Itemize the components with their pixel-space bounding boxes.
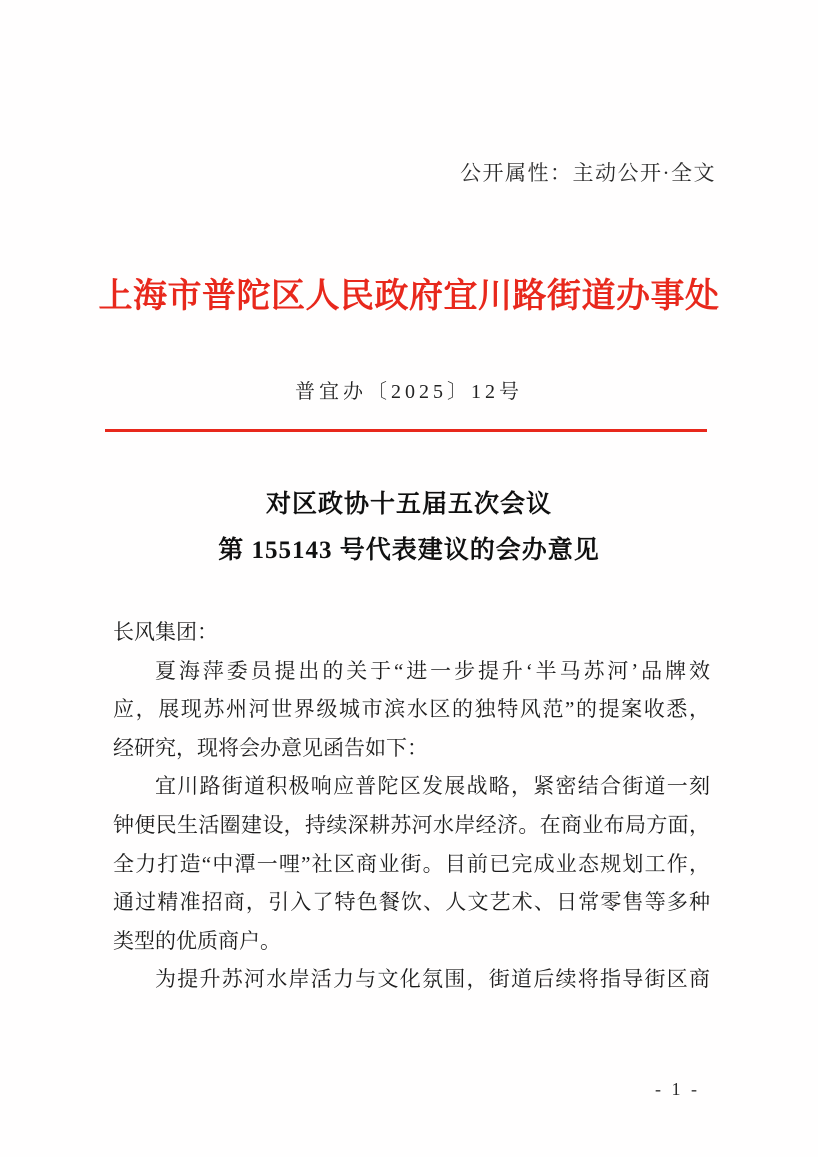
- red-divider-line: [105, 429, 707, 432]
- body-line: 通过精准招商，引入了特色餐饮、人文艺术、日常零售等多种: [113, 883, 710, 922]
- body-line: 类型的优质商户。: [113, 922, 710, 961]
- body-line: 经研究，现将会办意见函告如下：: [113, 729, 710, 768]
- document-title-line1: 对区政协十五届五次会议: [0, 482, 818, 528]
- document-title: 对区政协十五届五次会议 第 155143 号代表建议的会办意见: [0, 482, 818, 574]
- issuer-title: 上海市普陀区人民政府宜川路街道办事处: [0, 268, 818, 317]
- body-line: 长风集团：: [113, 613, 710, 652]
- body-line: 为提升苏河水岸活力与文化氛围，街道后续将指导街区商: [113, 960, 710, 999]
- doc-number: 普宜办〔2025〕12号: [0, 375, 818, 404]
- body-line: 宜川路街道积极响应普陀区发展战略，紧密结合街道一刻: [113, 767, 710, 806]
- document-body: 长风集团：夏海萍委员提出的关于“进一步提升‘半马苏河’品牌效应，展现苏州河世界级…: [113, 613, 710, 999]
- body-line: 夏海萍委员提出的关于“进一步提升‘半马苏河’品牌效: [113, 652, 710, 691]
- document-title-line2: 第 155143 号代表建议的会办意见: [0, 528, 818, 574]
- body-line: 应，展现苏州河世界级城市滨水区的独特风范”的提案收悉，: [113, 690, 710, 729]
- page-number: - 1 -: [655, 1079, 700, 1100]
- body-line: 钟便民生活圈建设，持续深耕苏河水岸经济。在商业布局方面，: [113, 806, 710, 845]
- document-page: 公开属性：主动公开·全文 上海市普陀区人民政府宜川路街道办事处 普宜办〔2025…: [0, 0, 818, 1157]
- body-line: 全力打造“中潭一哩”社区商业街。目前已完成业态规划工作，: [113, 845, 710, 884]
- publicity-attribute: 公开属性：主动公开·全文: [460, 157, 716, 187]
